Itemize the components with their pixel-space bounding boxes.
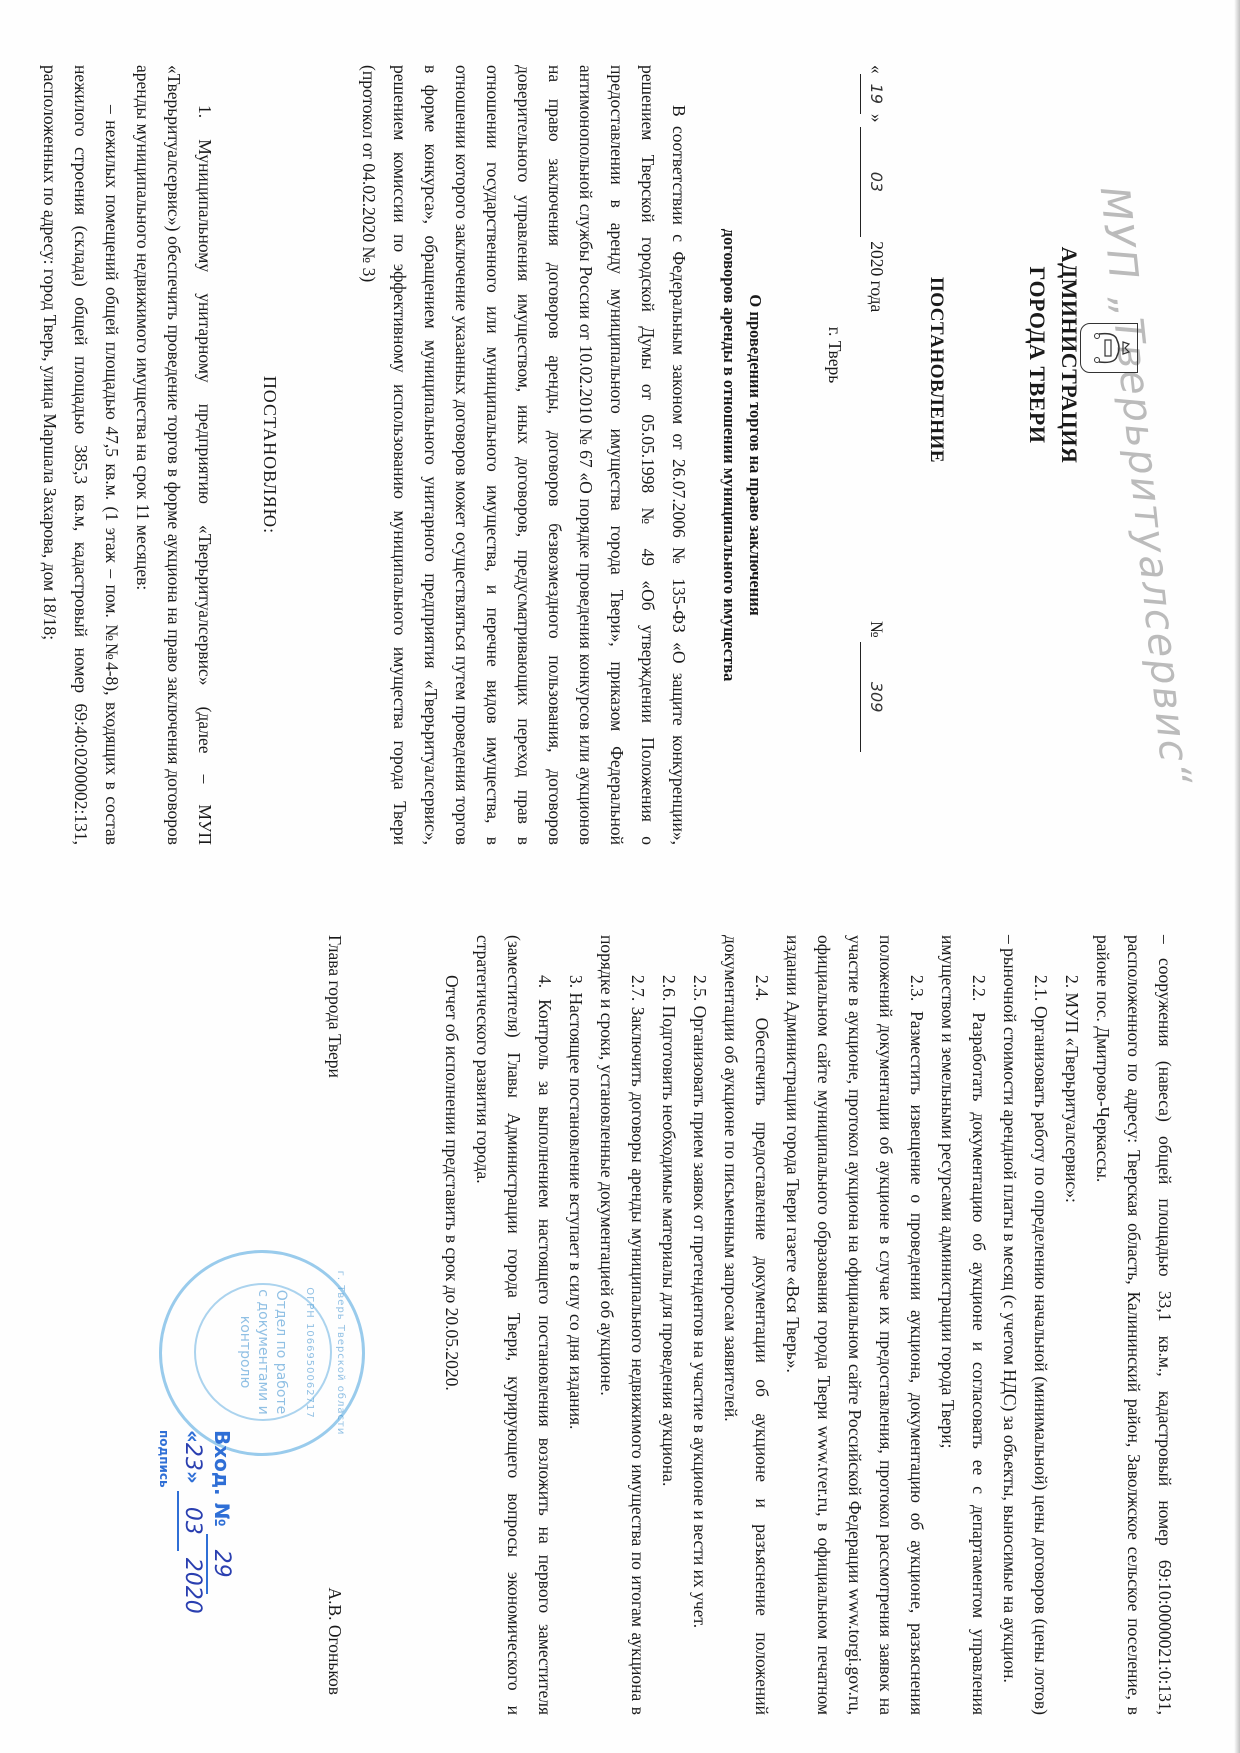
org-line-1: АДМИНИСТРАЦИЯ [1053, 65, 1085, 645]
item-right-2: 2.1. Организовать работу по определению … [994, 935, 1056, 1715]
incoming-stamp: Вход. № 29 «23» 03 2020 подпись [151, 1430, 235, 1614]
round-stamp-center-text: Отдел по работе с документами и контролю [194, 1283, 332, 1421]
document-number: 309 [867, 682, 886, 713]
resolve-heading: ПОСТАНОВЛЯЮ: [254, 65, 285, 845]
document-title: О проведении торгов на право заключения … [716, 65, 768, 845]
item-1: 1. Муниципальному унитарному предприятию… [127, 65, 220, 845]
incoming-year: 2020 [180, 1558, 205, 1614]
item-right-5: 2.4. Обеспечить предоставление документа… [715, 935, 777, 1715]
item-right-7: 2.6. Подготовить необходимые материалы д… [653, 935, 684, 1715]
items-right: – сооружения (навеса) общей площадью 33,… [436, 935, 1180, 1715]
item-right-1: 2. МУП «Тверьритуалсервис»: [1056, 935, 1087, 1715]
preamble-text: В соответствии с Федеральным законом от … [353, 65, 694, 845]
item-right-11: Отчет об исполнении представить в срок д… [436, 935, 467, 1715]
coat-of-arms-icon [1080, 323, 1138, 373]
item-right-9: 3. Настоящее постановление вступает в си… [560, 935, 591, 1715]
date-year: 2020 года [867, 241, 887, 312]
scan-edge [1234, 0, 1240, 1753]
item-right-8: 2.7. Заключить договоры аренды муниципал… [591, 935, 653, 1715]
document-type: ПОСТАНОВЛЕНИЕ [920, 65, 952, 675]
document-page: МУП „Тверьритуалсервис“ АДМИНИСТРАЦИЯ ГО… [0, 0, 1240, 1753]
handwritten-note: МУП „Тверьритуалсервис“ [1098, 185, 1192, 788]
date-month: 03 [867, 172, 886, 192]
scanned-document: МУП „Тверьритуалсервис“ АДМИНИСТРАЦИЯ ГО… [0, 0, 1240, 1753]
title-line-1: О проведении торгов на право заключения [742, 65, 768, 845]
round-stamp: г. Тверь Тверской области ОГРН 106695006… [159, 1250, 365, 1456]
title-line-2: договоров аренды в отношении муниципальн… [716, 65, 742, 845]
right-column: – сооружения (навеса) общей площадью 33,… [436, 935, 1180, 1715]
organization-heading: АДМИНИСТРАЦИЯ ГОРОДА ТВЕРИ [1021, 65, 1085, 645]
item-1-premises: – нежилых помещений общей площадью 47,5 … [34, 65, 127, 845]
item-right-6: 2.5. Организовать прием заявок от претен… [684, 935, 715, 1715]
city: г. Тверь [819, 65, 850, 645]
items-left: 1. Муниципальному унитарному предприятию… [34, 65, 220, 845]
incoming-day: 23 [180, 1443, 205, 1471]
signature-label: подпись [151, 1430, 177, 1614]
incoming-number: 29 [209, 1550, 234, 1578]
incoming-month: 03 [180, 1507, 205, 1535]
incoming-label: Вход. № [210, 1430, 234, 1527]
signatory-position: Глава города Твери [325, 935, 345, 1078]
date-number-line: «19» 03 2020 года № 309 [860, 65, 892, 845]
number-label: № [867, 621, 887, 638]
signatory-name: А.В. Огоньков [319, 1587, 350, 1695]
org-line-2: ГОРОДА ТВЕРИ [1021, 65, 1053, 645]
item-right-10: 4. Контроль за выполнением настоящего по… [467, 935, 560, 1715]
item-right-0: – сооружения (навеса) общей площадью 33,… [1087, 935, 1180, 1715]
item-right-3: 2.2. Разработать документацию об аукцион… [932, 935, 994, 1715]
item-right-4: 2.3. Разместить извещение о проведении а… [777, 935, 932, 1715]
preamble: В соответствии с Федеральным законом от … [353, 65, 694, 845]
date-day: 19 [867, 84, 886, 104]
